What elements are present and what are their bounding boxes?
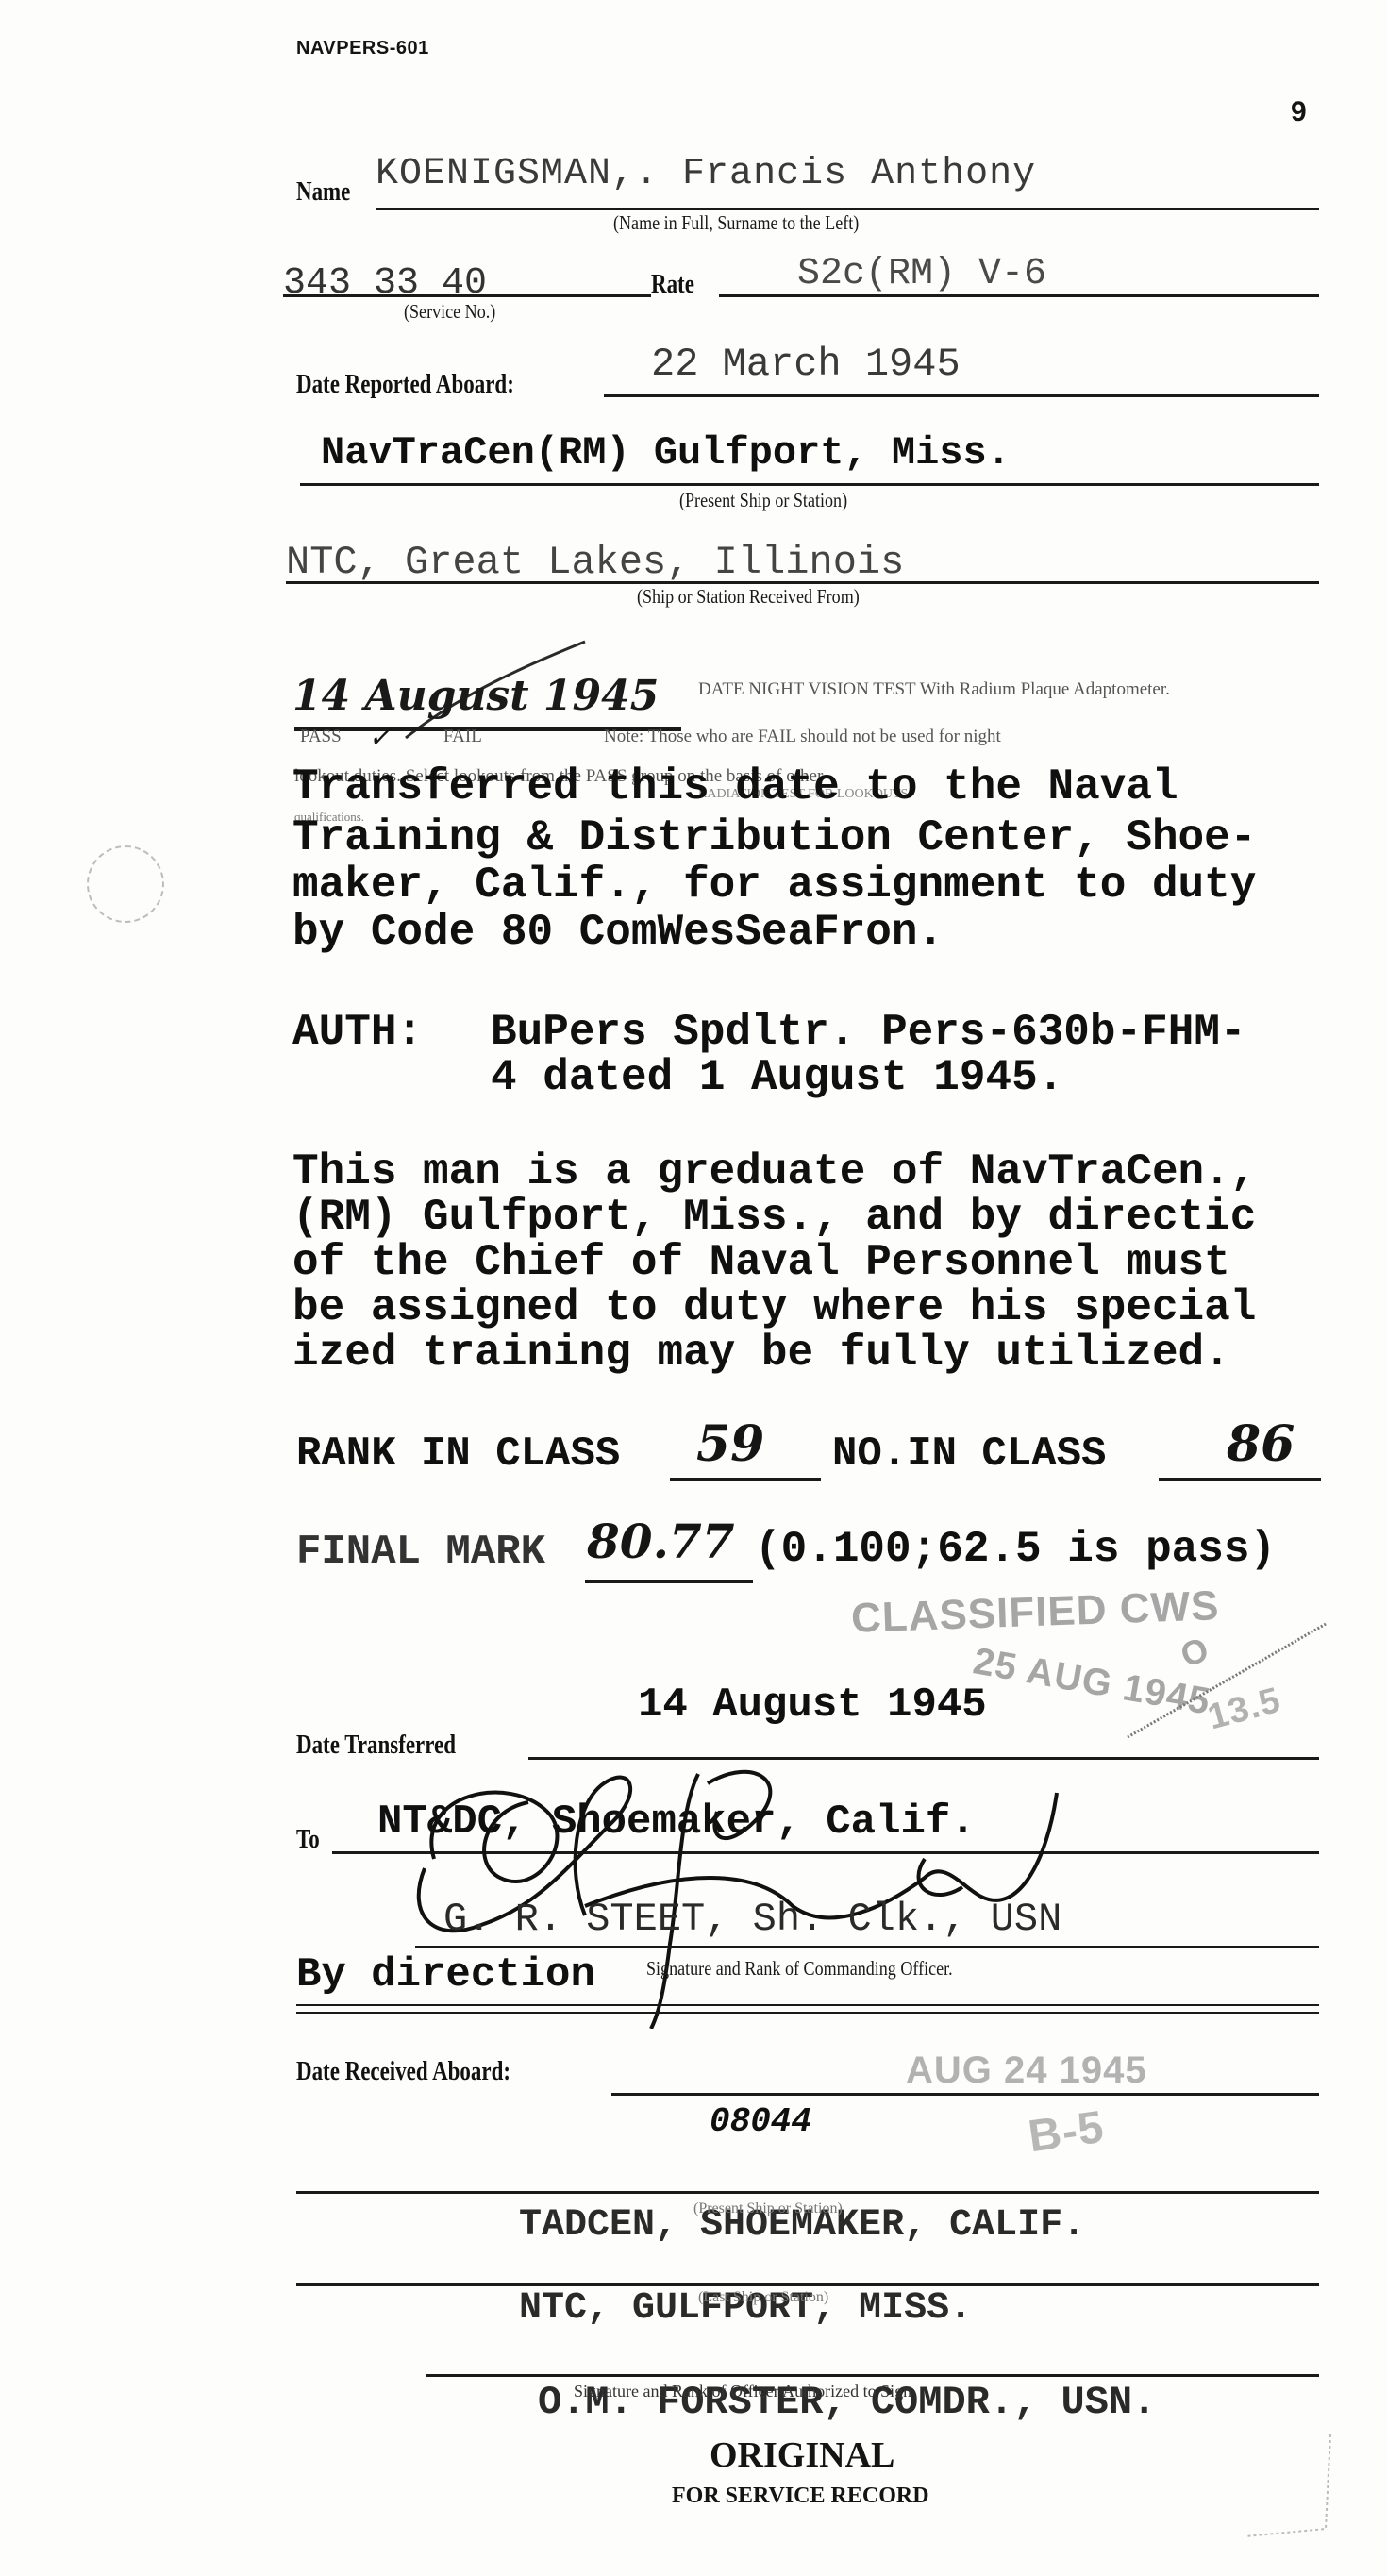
- service-no-caption: (Service No.): [404, 300, 495, 324]
- present-station-caption: (Present Ship or Station): [679, 489, 847, 512]
- final-mark-value: 80.77: [587, 1514, 735, 1569]
- date-reported-label: Date Reported Aboard:: [296, 370, 514, 400]
- auth-line: BuPers Spdltr. Pers-630b-FHM-: [491, 1008, 1246, 1057]
- for-service-record-label: FOR SERVICE RECORD: [672, 2484, 929, 2509]
- section-divider-top: [296, 2004, 1319, 2006]
- officer-caption: Signature and Rank of Officer Authorized…: [574, 2382, 911, 2401]
- received-station-top-rule: [296, 2191, 1319, 2194]
- received-station-rule: [296, 2283, 1319, 2286]
- date-received-rule: [611, 2093, 1319, 2096]
- rank-in-class-value: 59: [696, 1415, 764, 1473]
- original-label: ORIGINAL: [710, 2434, 894, 2476]
- received-number: 08044: [710, 2102, 811, 2141]
- signature-typed-name: G. R. STEET, Sh. Clk., USN: [443, 1897, 1061, 1942]
- final-mark-label: FINAL MARK: [296, 1529, 545, 1576]
- form-number: NAVPERS-601: [296, 38, 429, 59]
- date-transferred-value: 14 August 1945: [638, 1681, 987, 1729]
- by-direction: By direction: [296, 1951, 595, 1999]
- graduate-line: This man is a greduate of NavTraCen.,: [292, 1147, 1256, 1196]
- date-received-label: Date Received Aboard:: [296, 2057, 510, 2087]
- pass-checkmark: ✓: [368, 721, 392, 754]
- night-vision-date: 14 August 1945: [292, 672, 659, 720]
- final-mark-rule: [585, 1580, 753, 1583]
- note-line-1: Note: Those who are FAIL should not be u…: [604, 727, 1001, 747]
- to-label: To: [296, 1825, 320, 1855]
- corner-fold-mark: [1245, 2434, 1340, 2548]
- page-number: 9: [1291, 96, 1307, 128]
- rate-label: Rate: [651, 270, 694, 300]
- received-stamp-date: AUG 24 1945: [906, 2049, 1147, 2092]
- rank-in-class-label: RANK IN CLASS: [296, 1430, 620, 1478]
- rate-rule: [719, 294, 1319, 297]
- pass-label: PASS: [300, 727, 342, 747]
- received-stamp-note: B-5: [1026, 2101, 1108, 2164]
- received-from-station-caption: (Last Ship or Station): [698, 2289, 828, 2306]
- service-no-value: 343 33 40: [283, 262, 487, 305]
- officer-rule: [426, 2374, 1319, 2377]
- name-caption: (Name in Full, Surname to the Left): [613, 211, 859, 235]
- present-station-value: NavTraCen(RM) Gulfport, Miss.: [321, 430, 1011, 476]
- transfer-line: Training & Distribution Center, Shoe-: [292, 813, 1256, 862]
- date-reported-value: 22 March 1945: [651, 342, 961, 387]
- punch-hole-mark: [87, 845, 164, 923]
- name-label: Name: [296, 177, 350, 208]
- stamp-slash-icon: [1123, 1619, 1330, 1742]
- transfer-line: by Code 80 ComWesSeaFron.: [292, 908, 944, 957]
- received-station-caption: (Present Ship or Station): [693, 2200, 843, 2217]
- signature-caption: Signature and Rank of Commanding Officer…: [646, 1957, 953, 1981]
- no-in-class-label: NO.IN CLASS: [832, 1430, 1106, 1478]
- graduate-line: (RM) Gulfport, Miss., and by directic: [292, 1193, 1256, 1242]
- rate-value: S2c(RM) V-6: [797, 253, 1046, 295]
- received-from-value: NTC, Great Lakes, Illinois: [286, 540, 904, 585]
- received-from-caption: (Ship or Station Received From): [637, 585, 860, 609]
- graduate-line: be assigned to duty where his special: [292, 1283, 1256, 1332]
- rank-in-class-rule: [670, 1478, 821, 1481]
- section-divider-bottom: [296, 2012, 1319, 2014]
- transfer-line: maker, Calif., for assignment to duty: [292, 861, 1256, 910]
- no-in-class-value: 86: [1227, 1415, 1295, 1473]
- received-from-rule: [286, 581, 1319, 584]
- night-vision-heading: DATE NIGHT VISION TEST With Radium Plaqu…: [698, 679, 1170, 700]
- date-reported-rule: [604, 394, 1319, 397]
- signature-rule: [415, 1946, 1319, 1948]
- auth-line: 4 dated 1 August 1945.: [491, 1053, 1063, 1102]
- name-rule: [376, 208, 1319, 210]
- no-in-class-rule: [1159, 1478, 1321, 1481]
- transfer-line: Transferred this date to the Naval: [292, 762, 1178, 811]
- final-mark-note: (0.100;62.5 is pass): [755, 1525, 1276, 1574]
- graduate-line: of the Chief of Naval Personnel must: [292, 1238, 1230, 1287]
- graduate-line: ized training may be fully utilized.: [292, 1329, 1230, 1378]
- name-value: KOENIGSMAN,. Francis Anthony: [376, 153, 1036, 195]
- fail-label: FAIL: [443, 727, 482, 747]
- service-record-page: NAVPERS-601 9 Name KOENIGSMAN,. Francis …: [0, 0, 1387, 2576]
- present-station-rule: [300, 483, 1319, 486]
- service-no-rule: [283, 294, 651, 297]
- auth-label: AUTH:: [292, 1008, 423, 1057]
